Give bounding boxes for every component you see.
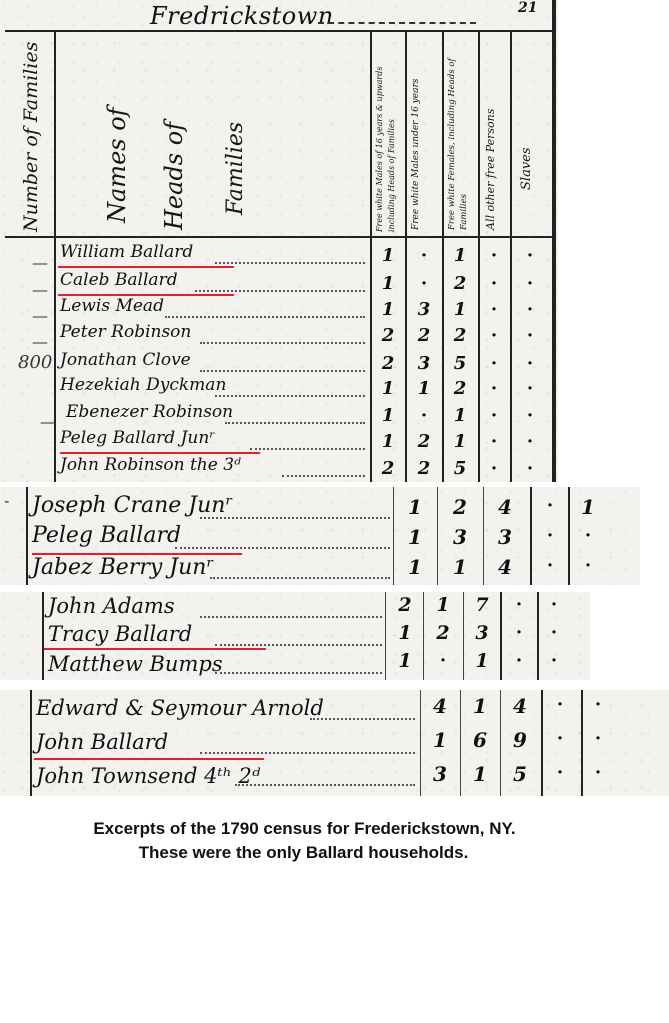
other-free: · <box>482 299 506 320</box>
males-16-up: 1 <box>376 299 400 320</box>
males-16-up: 1 <box>376 273 400 294</box>
col-divider-2 <box>437 487 438 585</box>
col-divider-5 <box>568 487 570 585</box>
females: 5 <box>448 353 472 374</box>
col-divider-1 <box>385 592 386 680</box>
females: 2 <box>448 378 472 399</box>
males-under-16: 1 <box>468 762 492 786</box>
household-name: John Ballard <box>36 730 168 754</box>
col-divider-3 <box>463 592 464 680</box>
caption-line-2: These were the only Ballard households. <box>0 841 669 865</box>
dot-leader <box>200 517 390 519</box>
females: 4 <box>508 694 532 718</box>
col-divider-3 <box>483 487 484 585</box>
females: 3 <box>470 622 494 644</box>
household-name: Jonathan Clove <box>60 350 191 370</box>
other-free: · <box>507 650 531 671</box>
females: 5 <box>508 762 532 786</box>
slaves: · <box>518 245 542 266</box>
household-name: Lewis Mead <box>60 296 164 316</box>
slaves: · <box>542 594 566 615</box>
females: 4 <box>493 555 517 579</box>
males-16-up: 3 <box>428 762 452 786</box>
males-under-16: 2 <box>412 458 436 479</box>
dot-leader <box>200 752 415 754</box>
slaves: · <box>586 694 610 715</box>
household-name: Hezekiah Dyckman <box>60 375 226 395</box>
col-divider-4 <box>541 690 543 796</box>
dot-leader <box>215 672 382 674</box>
household-name: Jabez Berry Junʳ <box>32 555 214 580</box>
other-free: · <box>482 325 506 346</box>
males-under-16: 6 <box>468 728 492 752</box>
header-number-of-families: Number of Families <box>20 42 42 232</box>
household-name: Joseph Crane Junʳ <box>32 493 233 518</box>
slaves: · <box>518 325 542 346</box>
figure-caption: Excerpts of the 1790 census for Frederic… <box>0 817 669 865</box>
header-heads-of: Heads of <box>160 105 188 230</box>
males-under-16: 1 <box>448 555 472 579</box>
other-free: · <box>538 525 562 546</box>
other-free: · <box>507 622 531 643</box>
dot-leader <box>165 316 365 318</box>
males-under-16: · <box>412 273 436 294</box>
ballard-highlight-underline <box>44 648 266 650</box>
dot-leader <box>310 718 415 720</box>
page-number: 21 <box>518 0 537 16</box>
dot-leader <box>215 395 365 397</box>
census-excerpt-1: Fredrickstown 21 Number of Families Name… <box>0 0 558 482</box>
household-name: Ebenezer Robinson <box>66 402 233 422</box>
females: 9 <box>508 728 532 752</box>
household-name: William Ballard <box>60 242 193 262</box>
row-margin-dash: — <box>32 280 48 299</box>
ballard-highlight-underline <box>60 452 260 454</box>
header-col-males-16-up: Free white Males of 16 years & upwards i… <box>374 34 404 232</box>
census-excerpt-2: - Joseph Crane Junʳ 1 2 4 · 1 Peleg Ball… <box>0 487 640 585</box>
town-title: Fredrickstown <box>150 2 334 30</box>
col-divider-2 <box>460 690 461 796</box>
slaves: · <box>586 728 610 749</box>
females: 1 <box>470 650 494 672</box>
males-16-up: 1 <box>403 525 427 549</box>
slaves: · <box>542 650 566 671</box>
row-margin-dash: — <box>40 412 56 431</box>
males-under-16: 1 <box>412 378 436 399</box>
household-name: Caleb Ballard <box>60 270 178 290</box>
males-under-16: · <box>412 405 436 426</box>
females: 3 <box>493 525 517 549</box>
slaves: · <box>518 378 542 399</box>
header-col-females: Free white Females, including Heads of F… <box>446 50 476 230</box>
household-name: Peleg Ballard Junʳ <box>60 428 215 448</box>
caption-line-1: Excerpts of the 1790 census for Frederic… <box>0 817 669 841</box>
census-excerpt-3: John Adams 2 1 7 · · Tracy Ballard 1 2 3… <box>0 592 590 680</box>
slaves: · <box>518 458 542 479</box>
males-under-16: 2 <box>448 495 472 519</box>
header-names-of: Names of <box>103 88 131 223</box>
row-margin-dash: — <box>32 332 48 351</box>
females: 4 <box>493 495 517 519</box>
col-divider-3 <box>478 30 480 482</box>
title-dash-line <box>318 22 476 24</box>
males-16-up: 1 <box>403 495 427 519</box>
other-free: · <box>482 378 506 399</box>
males-under-16: 1 <box>468 694 492 718</box>
females: 1 <box>448 405 472 426</box>
col-divider-2 <box>442 30 444 482</box>
col-divider-2 <box>423 592 424 680</box>
dot-leader <box>225 422 365 424</box>
males-under-16: · <box>412 245 436 266</box>
dot-leader <box>215 644 382 646</box>
col-divider-3 <box>500 690 501 796</box>
col-divider-5 <box>537 592 539 680</box>
dot-leader <box>250 448 365 450</box>
males-16-up: 1 <box>376 378 400 399</box>
males-16-up: 2 <box>376 353 400 374</box>
page-edge <box>552 0 556 482</box>
household-name: Matthew Bumps <box>48 652 223 676</box>
males-under-16: 2 <box>412 431 436 452</box>
census-excerpt-4: Edward & Seymour Arnold 4 1 4 · · John B… <box>0 690 669 796</box>
males-under-16: 3 <box>412 299 436 320</box>
dot-leader <box>200 342 365 344</box>
col-divider-1 <box>420 690 421 796</box>
row-margin-number: 800 <box>18 352 52 373</box>
slaves: · <box>518 405 542 426</box>
col-divider-1 <box>393 487 394 585</box>
header-col-males-under-16: Free white Males under 16 years <box>410 60 438 230</box>
dot-leader <box>195 290 365 292</box>
dot-leader <box>215 262 365 264</box>
other-free: · <box>482 353 506 374</box>
slaves: · <box>576 525 600 546</box>
ballard-highlight-underline <box>58 266 234 268</box>
other-free: · <box>538 495 562 516</box>
other-free: · <box>482 273 506 294</box>
household-name: Peter Robinson <box>60 322 191 342</box>
males-16-up: 4 <box>428 694 452 718</box>
other-free: · <box>538 555 562 576</box>
row-margin-dash: — <box>32 253 48 272</box>
males-16-up: 2 <box>376 458 400 479</box>
slaves: 1 <box>576 495 600 519</box>
header-col-other-free: All other free Persons <box>484 50 497 230</box>
other-free: · <box>548 694 572 715</box>
household-name: John Adams <box>48 594 175 618</box>
row-margin-dash: — <box>32 306 48 325</box>
females: 5 <box>448 458 472 479</box>
household-name: Tracy Ballard <box>48 622 192 646</box>
col-divider-1 <box>405 30 407 482</box>
col-divider-4 <box>510 30 512 482</box>
slaves: · <box>586 762 610 783</box>
males-16-up: 1 <box>393 650 417 672</box>
header-top-rule <box>5 30 555 32</box>
slaves: · <box>518 273 542 294</box>
dot-leader <box>282 475 365 477</box>
males-16-up: 2 <box>393 594 417 616</box>
household-name: Edward & Seymour Arnold <box>36 696 324 720</box>
males-under-16: · <box>431 650 455 671</box>
males-under-16: 1 <box>431 594 455 616</box>
household-name: Peleg Ballard <box>32 523 181 548</box>
females: 2 <box>448 325 472 346</box>
header-col-slaves: Slaves <box>519 110 534 190</box>
other-free: · <box>482 245 506 266</box>
row-margin-dash: - <box>4 491 9 510</box>
col-divider-names <box>26 487 28 585</box>
males-under-16: 2 <box>431 622 455 644</box>
header-bottom-rule <box>5 236 555 238</box>
col-divider-4 <box>530 487 532 585</box>
other-free: · <box>482 431 506 452</box>
males-16-up: 1 <box>376 245 400 266</box>
females: 1 <box>448 245 472 266</box>
dot-leader <box>210 577 390 579</box>
slaves: · <box>518 431 542 452</box>
other-free: · <box>548 762 572 783</box>
ballard-highlight-underline <box>34 758 264 760</box>
females: 2 <box>448 273 472 294</box>
slaves: · <box>542 622 566 643</box>
col-divider-5 <box>581 690 583 796</box>
col-divider-4 <box>500 592 502 680</box>
males-under-16: 3 <box>412 353 436 374</box>
slaves: · <box>518 299 542 320</box>
males-16-up: 1 <box>393 622 417 644</box>
dot-leader <box>235 784 415 786</box>
slaves: · <box>518 353 542 374</box>
household-name: John Townsend 4ᵗʰ 2ᵈ <box>36 764 260 788</box>
header-families: Families <box>223 115 248 215</box>
slaves: · <box>576 555 600 576</box>
males-under-16: 2 <box>412 325 436 346</box>
dot-leader <box>200 616 382 618</box>
other-free: · <box>507 594 531 615</box>
females: 7 <box>470 594 494 616</box>
col-divider-names <box>42 592 44 680</box>
females: 1 <box>448 299 472 320</box>
col-divider-names <box>30 690 32 796</box>
other-free: · <box>482 405 506 426</box>
males-16-up: 2 <box>376 325 400 346</box>
males-16-up: 1 <box>376 405 400 426</box>
males-under-16: 3 <box>448 525 472 549</box>
dot-leader <box>200 370 365 372</box>
col-divider-names <box>370 30 372 482</box>
males-16-up: 1 <box>403 555 427 579</box>
other-free: · <box>482 458 506 479</box>
males-16-up: 1 <box>428 728 452 752</box>
males-16-up: 1 <box>376 431 400 452</box>
dot-leader <box>175 547 390 549</box>
household-name: John Robinson the 3ᵈ <box>60 455 241 475</box>
females: 1 <box>448 431 472 452</box>
other-free: · <box>548 728 572 749</box>
